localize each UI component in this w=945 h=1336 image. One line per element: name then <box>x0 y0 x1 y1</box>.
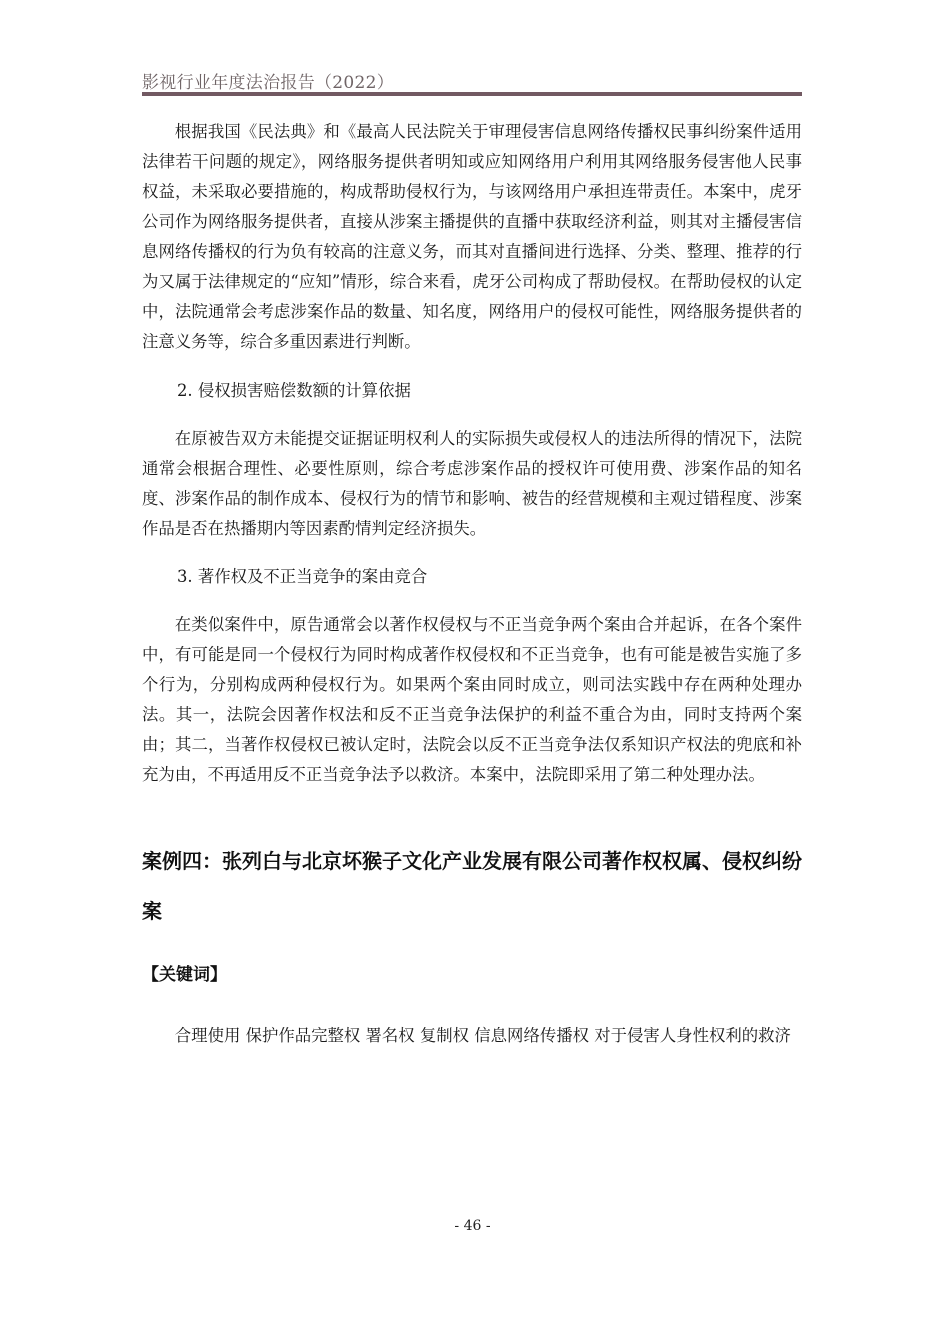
paragraph-contributory-infringement: 根据我国《民法典》和《最高人民法院关于审理侵害信息网络传播权民事纠纷案件适用法律… <box>142 117 802 357</box>
paragraph-cause-concurrence: 在类似案件中，原告通常会以著作权侵权与不正当竞争两个案由合并起诉，在各个案件中，… <box>142 610 802 790</box>
section-3-heading: 3. 著作权及不正当竞争的案由竞合 <box>177 562 427 592</box>
keywords-list: 合理使用 保护作品完整权 署名权 复制权 信息网络传播权 对于侵害人身性权利的救… <box>142 1021 802 1051</box>
page-number: - 46 - <box>0 1218 945 1234</box>
keywords-label: 【关键词】 <box>142 960 227 990</box>
paragraph-damages-calculation: 在原被告双方未能提交证据证明权利人的实际损失或侵权人的违法所得的情况下，法院通常… <box>142 424 802 544</box>
header-divider <box>142 92 802 96</box>
case-four-title: 案例四：张列白与北京坏猴子文化产业发展有限公司著作权权属、侵权纠纷案 <box>142 836 802 936</box>
document-page: 影视行业年度法治报告（2022） 根据我国《民法典》和《最高人民法院关于审理侵害… <box>0 0 945 1336</box>
section-2-heading: 2. 侵权损害赔偿数额的计算依据 <box>177 376 411 406</box>
running-header-title: 影视行业年度法治报告（2022） <box>142 68 394 93</box>
